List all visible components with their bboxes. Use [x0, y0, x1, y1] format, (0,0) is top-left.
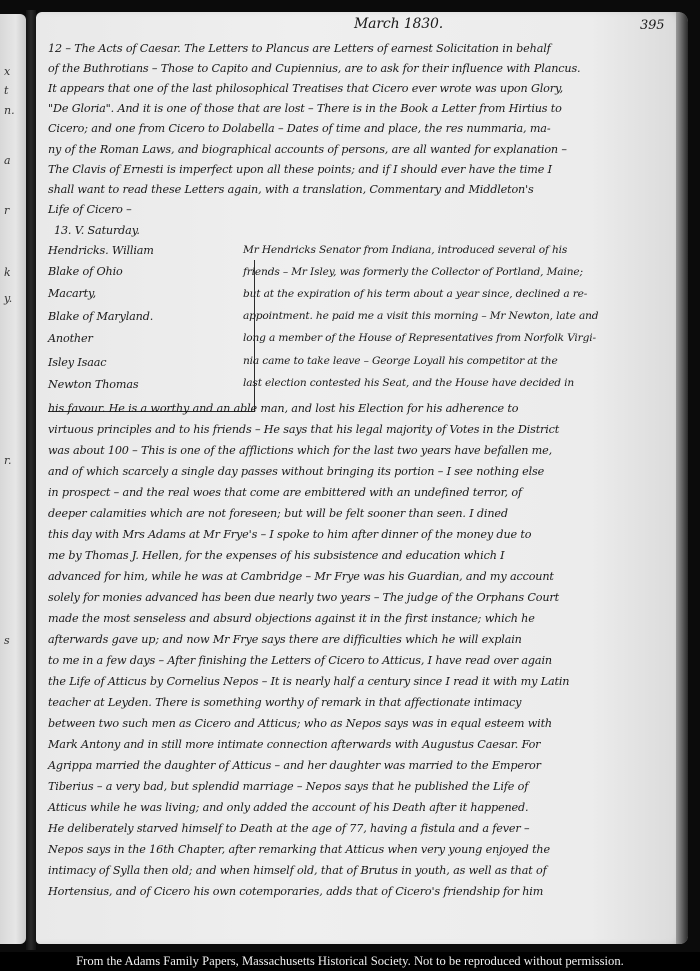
text-line: of the Buthrotians – Those to Capito and…	[48, 62, 580, 75]
text-line: solely for monies advanced has been due …	[48, 591, 559, 604]
text-line: teacher at Leyden. There is something wo…	[48, 696, 521, 709]
text-line: It appears that one of the last philosop…	[48, 82, 563, 95]
text-line: long a member of the House of Representa…	[243, 332, 596, 344]
text-line: made the most senseless and absurd objec…	[48, 612, 535, 625]
text-line: afterwards gave up; and now Mr Frye says…	[48, 633, 522, 646]
text-line: but at the expiration of his term about …	[243, 288, 587, 300]
text-line: shall want to read these Letters again, …	[48, 183, 534, 196]
text-line: advanced for him, while he was at Cambri…	[48, 570, 554, 583]
fragment: k	[4, 266, 11, 279]
text-line: his favour. He is a worthy and an able m…	[48, 402, 518, 415]
book-gutter	[26, 10, 36, 950]
visitor-name: Blake of Maryland.	[48, 310, 153, 323]
text-line: appointment. he paid me a visit this mor…	[243, 310, 598, 322]
text-line: 12 – The Acts of Caesar. The Letters to …	[48, 42, 551, 55]
visitor-name: Macarty,	[48, 287, 96, 300]
visitor-name: Blake of Ohio	[48, 265, 123, 278]
page-header-date: March 1830.	[354, 16, 443, 32]
visitor-name: Hendricks. William	[48, 244, 154, 257]
text-line: Tiberius – a very bad, but splendid marr…	[48, 780, 528, 793]
text-line: Life of Cicero –	[48, 203, 132, 216]
text-line: between two such men as Cicero and Attic…	[48, 717, 552, 730]
text-line: The Clavis of Ernesti is imperfect upon …	[48, 163, 552, 176]
text-line: last election contested his Seat, and th…	[243, 377, 574, 389]
text-line: Nepos says in the 16th Chapter, after re…	[48, 843, 550, 856]
page-edge-shadow	[676, 12, 688, 944]
text-line: Atticus while he was living; and only ad…	[48, 801, 528, 814]
text-line: intimacy of Sylla then old; and when him…	[48, 864, 547, 877]
text-line: "De Gloria". And it is one of those that…	[48, 102, 562, 115]
fragment: a	[4, 154, 11, 167]
text-line: He deliberately starved himself to Death…	[48, 822, 529, 835]
facing-page-fragments: x t n. a r k y. r. s	[2, 14, 24, 944]
fragment: r.	[4, 454, 12, 467]
visitor-names-column: Hendricks. William Blake of Ohio Macarty…	[46, 260, 255, 412]
facing-page-edge: x t n. a r k y. r. s	[0, 14, 26, 944]
fragment: n.	[4, 104, 15, 117]
page-number: 395	[640, 18, 664, 33]
text-line: deeper calamities which are not foreseen…	[48, 507, 508, 520]
text-line: virtuous principles and to his friends –…	[48, 423, 559, 436]
text-line: the Life of Atticus by Cornelius Nepos –…	[48, 675, 569, 688]
fragment: s	[4, 634, 10, 647]
visitor-name: Newton Thomas	[48, 378, 138, 391]
text-line: me by Thomas J. Hellen, for the expenses…	[48, 549, 504, 562]
text-line: and of which scarcely a single day passe…	[48, 465, 544, 478]
visitor-name: Isley Isaac	[48, 356, 106, 369]
text-line: Cicero; and one from Cicero to Dolabella…	[48, 122, 550, 135]
text-line: to me in a few days – After finishing th…	[48, 654, 552, 667]
text-line: nia came to take leave – George Loyall h…	[243, 355, 558, 367]
fragment: x	[4, 65, 10, 78]
text-line: was about 100 – This is one of the affli…	[48, 444, 552, 457]
text-line: Mr Hendricks Senator from Indiana, intro…	[243, 244, 567, 256]
text-line: Hortensius, and of Cicero his own cotemp…	[48, 885, 543, 898]
fragment: t	[4, 84, 8, 97]
text-line: Agrippa married the daughter of Atticus …	[48, 759, 541, 772]
text-line: Mark Antony and in still more intimate c…	[48, 738, 540, 751]
entry-date: 13. V. Saturday.	[54, 224, 140, 237]
fragment: y.	[4, 292, 12, 305]
text-line: ny of the Roman Laws, and biographical a…	[48, 143, 567, 156]
text-line: friends – Mr Isley, was formerly the Col…	[243, 266, 583, 278]
visitor-name: Another	[48, 332, 93, 345]
fragment: r	[4, 204, 9, 217]
manuscript-page: March 1830. 395 12 – The Acts of Caesar.…	[36, 12, 688, 944]
text-line: this day with Mrs Adams at Mr Frye's – I…	[48, 528, 531, 541]
text-line: in prospect – and the real woes that com…	[48, 486, 522, 499]
copyright-footer: From the Adams Family Papers, Massachuse…	[0, 952, 700, 971]
